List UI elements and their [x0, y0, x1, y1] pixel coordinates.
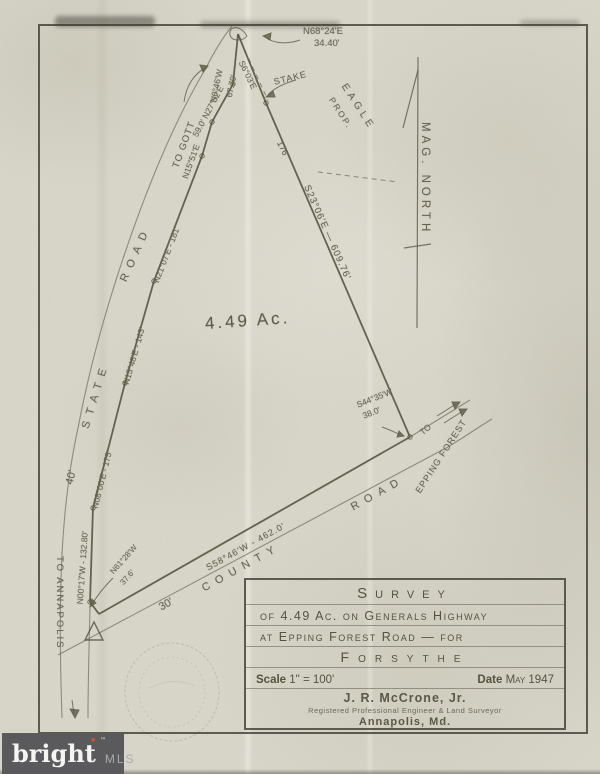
- bright-mls-watermark: bright ✦ ™ MLS: [2, 733, 124, 774]
- scale-entry: Scale 1" = 100': [256, 674, 334, 686]
- survey-title: Survey: [357, 585, 453, 602]
- title-line-3: at Epping Forest Road — for: [260, 630, 464, 644]
- scale-value: 1" = 100': [289, 674, 334, 686]
- bright-logo-text: bright: [12, 739, 96, 768]
- scale-label: Scale: [256, 674, 286, 686]
- apex-tie-bearing: N68°24'E: [303, 27, 343, 37]
- surveyor-city: Annapolis, Md.: [359, 716, 451, 728]
- title-block: Survey of 4.49 Ac. on Generals Highway a…: [244, 578, 566, 730]
- title-line-2: of 4.49 Ac. on Generals Highway: [260, 609, 488, 623]
- to-annapolis-label: TO ANNAPOLIS: [55, 556, 65, 650]
- date-value: May 1947: [506, 674, 554, 686]
- surveyor-name: J. R. McCrone, Jr.: [344, 691, 467, 705]
- trademark-symbol: ™: [100, 738, 106, 744]
- survey-plat-scan: 4.49 Ac. N68°24'E 34.40' S6°03'E STAKE 1…: [0, 0, 600, 774]
- date-label: Date: [477, 674, 502, 686]
- bright-logo-wordmark: bright ✦ ™: [12, 742, 96, 766]
- client-name: Forsythe: [341, 649, 470, 665]
- mag-north-label: MAG. NORTH: [419, 122, 431, 235]
- surveyor-credentials: Registered Professional Engineer & Land …: [308, 706, 502, 715]
- date-entry: Date May 1947: [477, 674, 554, 686]
- apex-tie-distance: 34.40': [314, 39, 340, 49]
- star-icon: ✦: [89, 737, 97, 746]
- surveyor-signature-block: J. R. McCrone, Jr. Registered Profession…: [246, 689, 564, 730]
- mls-logo-text: MLS: [105, 752, 136, 766]
